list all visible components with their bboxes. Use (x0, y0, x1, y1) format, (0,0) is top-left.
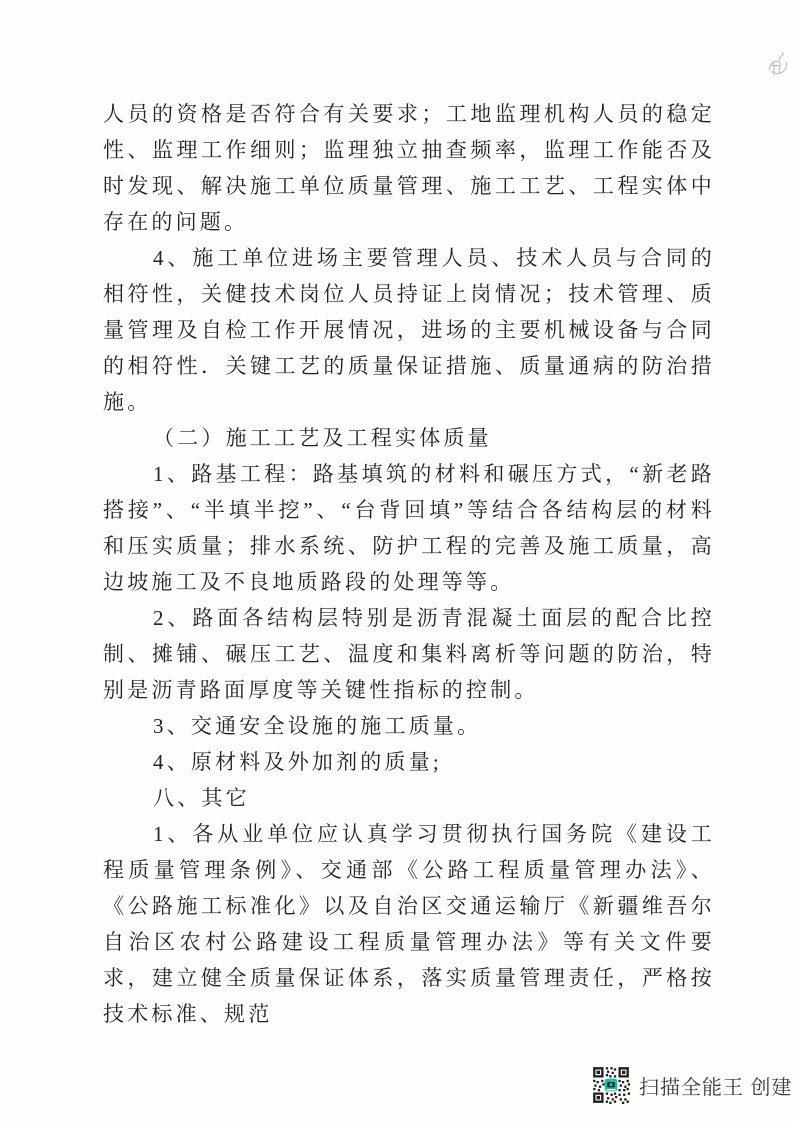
watermark-label: 扫描全能王 创建 (639, 1071, 793, 1100)
heading-section-2-construction-quality: （二）施工工艺及工程实体质量 (103, 420, 715, 456)
paragraph-item-4-contractor-personnel: 4、施工单位进场主要管理人员、技术人员与合同的相符性，关健技术岗位人员持证上岗情… (103, 240, 715, 420)
paragraph-item-1-subgrade: 1、路基工程：路基填筑的材料和碾压方式，“新老路搭接”、“半填半挖”、“台背回填… (103, 456, 715, 600)
camscanner-watermark: 扫描全能王 创建 (592, 1066, 793, 1104)
paragraph-supervision-issues: 人员的资格是否符合有关要求；工地监理机构人员的稳定性、监理工作细则；监理独立抽查… (103, 96, 715, 240)
paragraph-item-3-traffic-safety: 3、交通安全设施的施工质量。 (103, 708, 715, 744)
paragraph-item-1-regulations: 1、各从业单位应认真学习贯彻执行国务院《建设工程质量管理条例》、交通部《公路工程… (103, 816, 715, 1032)
scanned-document-page: 人员的资格是否符合有关要求；工地监理机构人员的稳定性、监理工作细则；监理独立抽查… (0, 0, 793, 1122)
paragraph-item-4-raw-materials: 4、原材料及外加剂的质量; (103, 744, 715, 780)
document-body: 人员的资格是否符合有关要求；工地监理机构人员的稳定性、监理工作细则；监理独立抽查… (103, 96, 715, 1032)
handwritten-mark (759, 47, 793, 90)
paragraph-item-2-pavement: 2、路面各结构层特别是沥青混凝土面层的配合比控制、摊铺、碾压工艺、温度和集料离析… (103, 600, 715, 708)
qr-code-icon (592, 1066, 630, 1104)
heading-section-8-others: 八、其它 (103, 780, 715, 816)
